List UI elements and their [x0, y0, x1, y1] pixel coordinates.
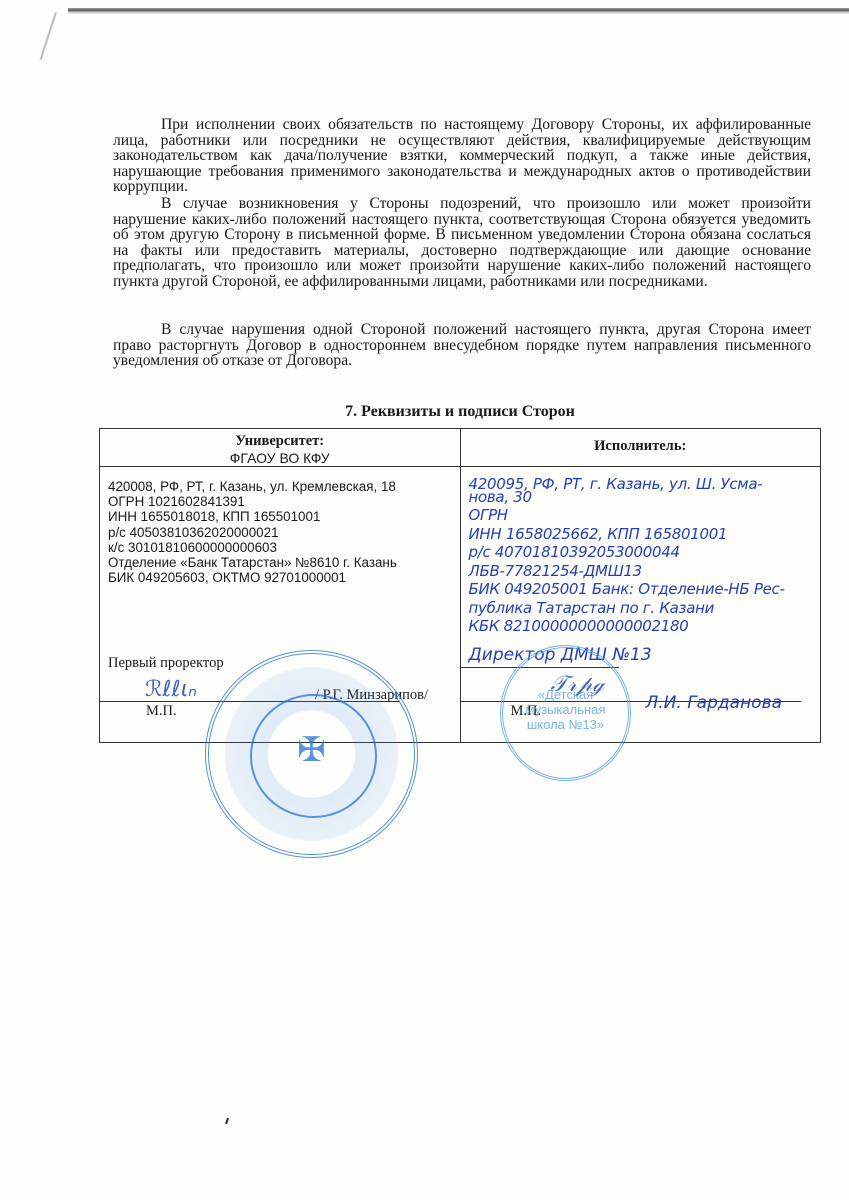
contractor-bik-bank: БИК 049205001 Банк: Отделение-НБ Рес-	[469, 580, 785, 599]
contractor-kbk: КБК 82100000000000002180	[469, 617, 785, 636]
contractor-inn-kpp: ИНН 1658025662, КПП 165801001	[469, 525, 785, 544]
contractor-header-label: Исполнитель:	[461, 438, 821, 455]
scan-edge-top	[68, 8, 849, 14]
university-signature: ℛℓℓιₙ	[145, 677, 197, 702]
paragraph-anticorruption: При исполнении своих обязательств по нас…	[113, 117, 811, 195]
contractor-signatory-name: Л.И. Гарданова	[646, 693, 783, 713]
paragraph-text: При исполнении своих обязательств по нас…	[113, 117, 811, 195]
school-seal-stamp: «Детская музыкальная школа №13»	[500, 645, 631, 781]
contractor-header: Исполнитель:	[460, 429, 821, 467]
contractor-requisites: 420095, РФ, РТ, г. Казань, ул. Ш. Усма- …	[469, 475, 785, 636]
eagle-emblem-icon: ✠	[209, 730, 414, 770]
university-corr-account: к/с 30101810600000000603	[108, 540, 397, 555]
university-inn-kpp: ИНН 1655018018, КПП 165501001	[108, 509, 397, 524]
university-account: р/с 40503810362020000021	[108, 525, 397, 540]
university-address: 420008, РФ, РТ, г. Казань, ул. Кремлевск…	[108, 479, 397, 494]
university-requisites: 420008, РФ, РТ, г. Казань, ул. Кремлевск…	[108, 479, 397, 585]
university-seal-stamp: ✠	[205, 650, 418, 858]
paragraph-notification: В случае возникновения у Стороны подозре…	[113, 196, 811, 290]
university-ogrn: ОГРН 1021602841391	[108, 494, 397, 509]
university-bank: Отделение «Банк Татарстан» №8610 г. Каза…	[108, 555, 397, 570]
university-header-label: Университет:	[100, 433, 460, 450]
contractor-ogrn: ОГРН	[469, 506, 785, 525]
paragraph-text: В случае нарушения одной Стороной положе…	[113, 322, 811, 369]
page-mark	[225, 1118, 229, 1124]
school-stamp-text: «Детская музыкальная школа №13»	[503, 687, 628, 732]
university-signatory-role: Первый проректор	[108, 655, 224, 672]
scan-edge-fold	[40, 12, 57, 60]
contractor-account: р/с 40701810392053000044	[469, 543, 785, 562]
paragraph-termination: В случае нарушения одной Стороной положе…	[113, 322, 811, 369]
contractor-personal-account: ЛБВ-77821254-ДМШ13	[469, 562, 785, 581]
university-bik-oktmo: БИК 049205603, ОКТМО 92701000001	[108, 570, 397, 585]
section-title: 7. Реквизиты и подписи Сторон	[95, 403, 825, 421]
university-seal-label: М.П.	[146, 703, 177, 720]
paragraph-text: В случае возникновения у Стороны подозре…	[113, 196, 811, 290]
university-header-name: ФГАОУ ВО КФУ	[100, 450, 460, 466]
contractor-bank-cont: публика Татарстан по г. Казани	[469, 599, 785, 618]
requisites-table: Университет: ФГАОУ ВО КФУ Исполнитель: 4…	[99, 428, 821, 743]
university-header: Университет: ФГАОУ ВО КФУ	[100, 429, 461, 467]
